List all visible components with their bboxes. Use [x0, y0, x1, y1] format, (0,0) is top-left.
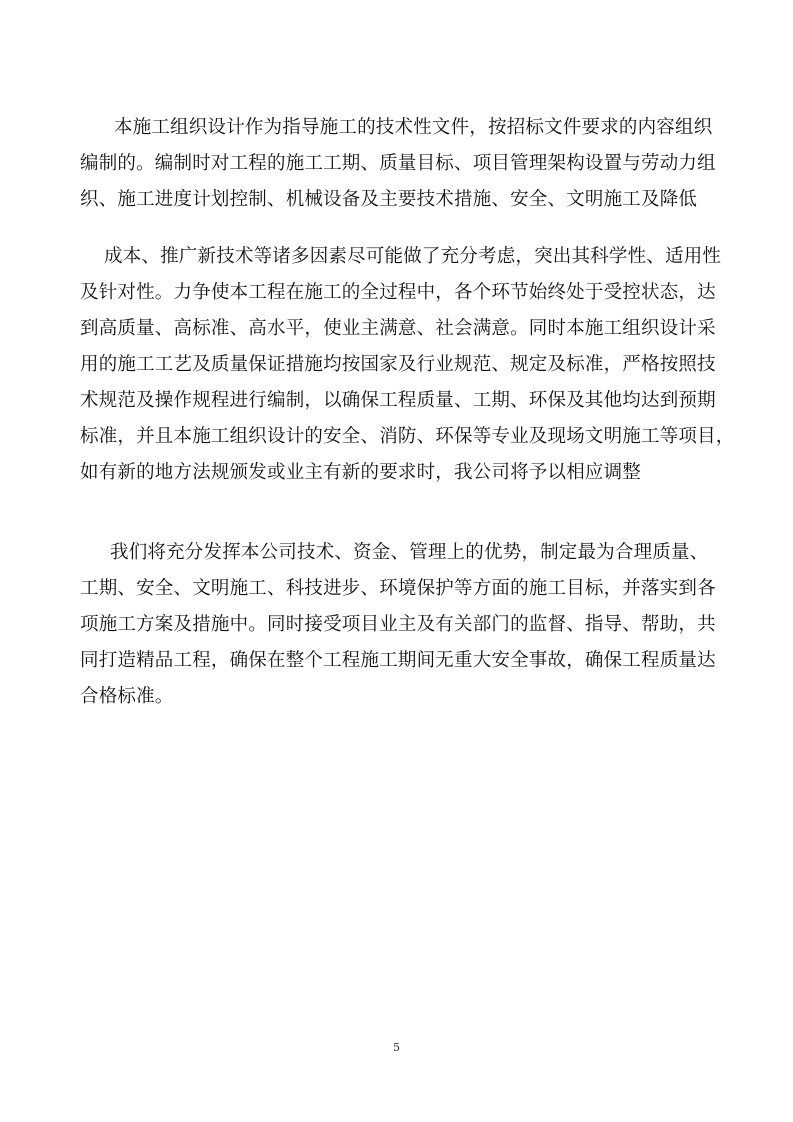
text-line: 项施工方案及措施中。同时接受项目业主及有关部门的监督、指导、帮助，共	[80, 614, 716, 636]
text-line: 本施工组织设计作为指导施工的技术性文件，按招标文件要求的内容组织	[114, 117, 712, 139]
text-line: 标准，并且本施工组织设计的安全、消防、环保等专业及现场文明施工等项目，	[80, 426, 735, 448]
text-line: 用的施工工艺及质量保证措施均按国家及行业规范、规定及标准，严格按照技	[80, 354, 716, 376]
text-line: 如有新的地方法规颁发或业主有新的要求时，我公司将予以相应调整	[80, 462, 641, 484]
text-line: 工期、安全、文明施工、科技进步、环境保护等方面的施工目标，并落实到各	[80, 578, 716, 600]
text-line: 我们将充分发挥本公司技术、资金、管理上的优势，制定最为合理质量、	[110, 542, 708, 564]
text-line: 术规范及操作规程进行编制，以确保工程质量、工期、环保及其他均达到预期	[80, 390, 716, 412]
page-number: 5	[0, 1041, 793, 1054]
text-line: 到高质量、高标准、高水平，使业主满意、社会满意。同时本施工组织设计采	[80, 318, 716, 340]
text-line: 及针对性。力争使本工程在施工的全过程中，各个环节始终处于受控状态，达	[80, 282, 716, 304]
text-line: 成本、推广新技术等诸多因素尽可能做了充分考虑，突出其科学性、适用性	[104, 246, 721, 268]
text-line: 织、施工进度计划控制、机械设备及主要技术措施、安全、文明施工及降低	[80, 189, 697, 211]
text-line: 编制的。编制时对工程的施工工期、质量目标、项目管理架构设置与劳动力组	[80, 153, 716, 175]
text-line: 合格标准。	[80, 686, 174, 708]
text-line: 同打造精品工程，确保在整个工程施工期间无重大安全事故，确保工程质量达	[80, 650, 716, 672]
